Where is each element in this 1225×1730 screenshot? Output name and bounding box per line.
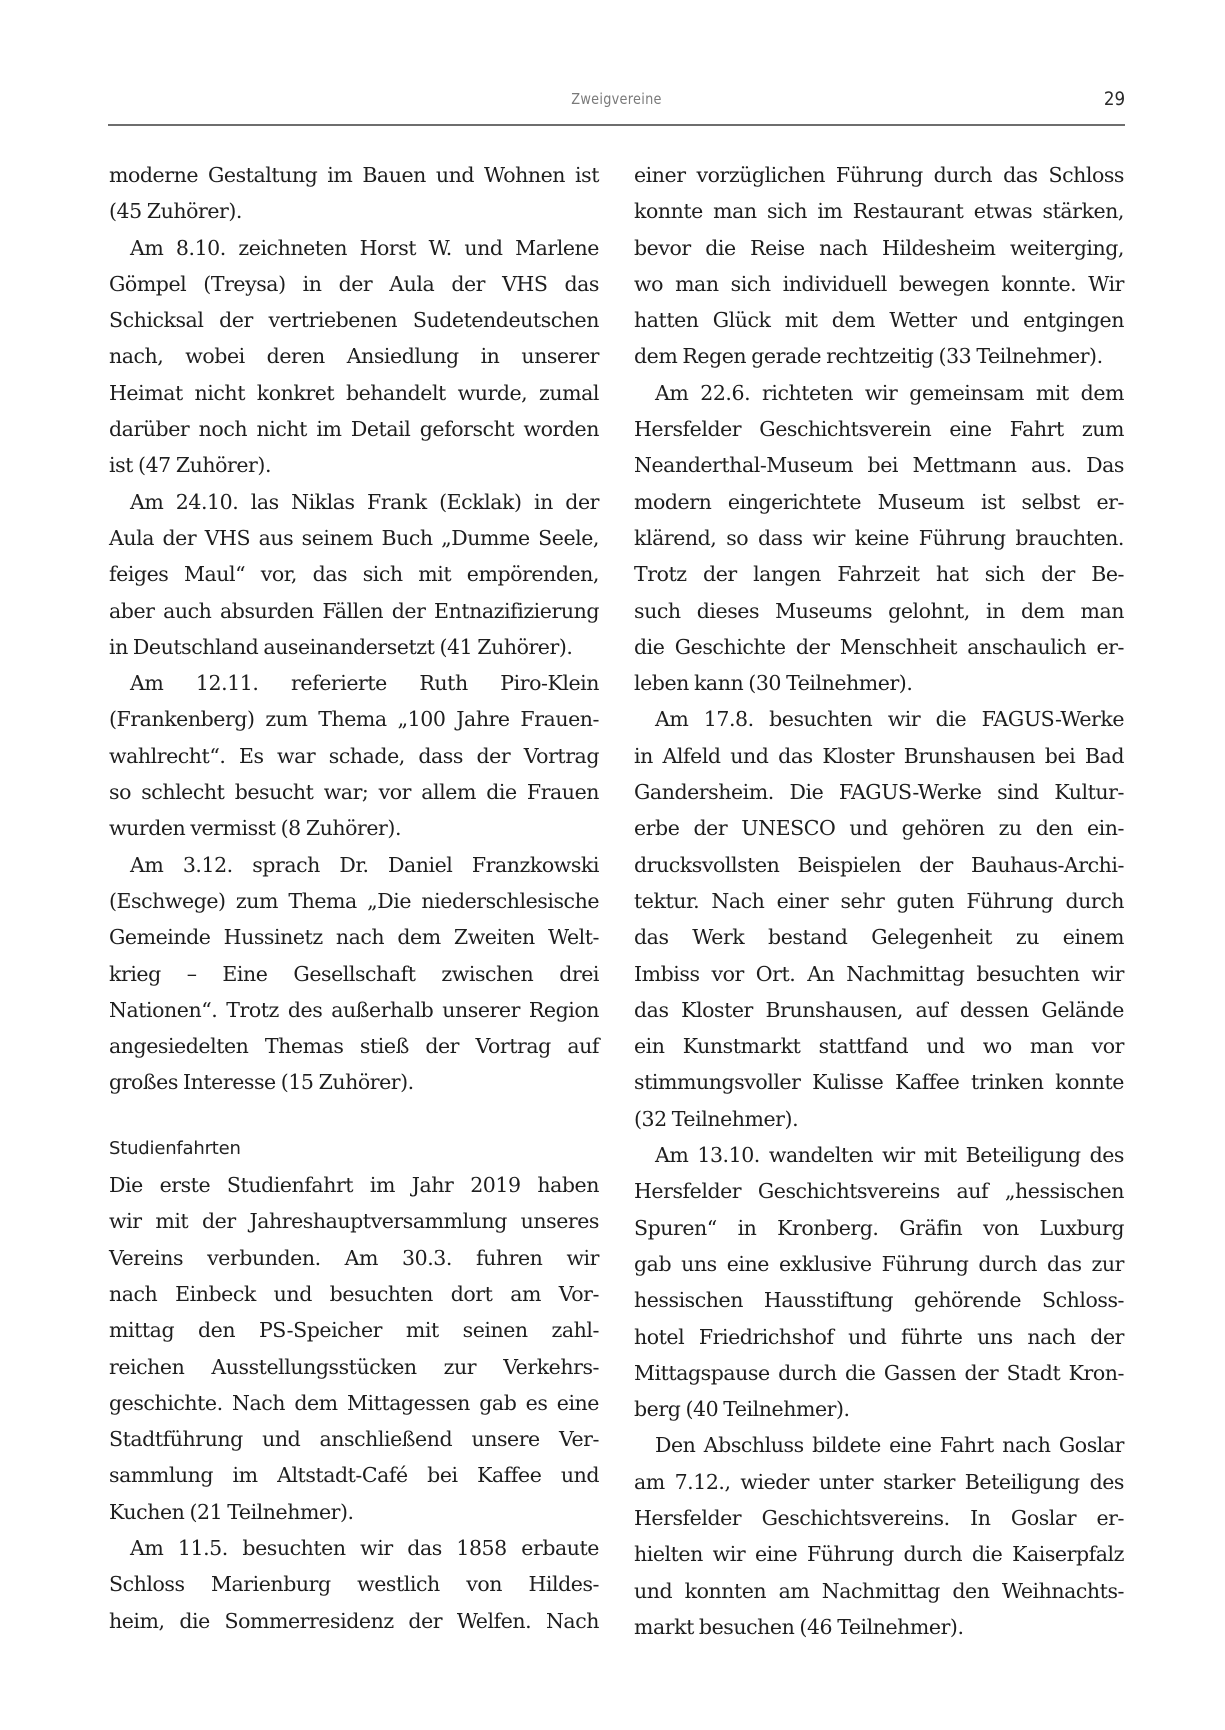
text-line: gab uns eine exklusive Führung durch das… bbox=[634, 1246, 1124, 1282]
running-title: Zweigvereine bbox=[179, 90, 1054, 108]
text-line: Aula der VHS aus seinem Buch „Dumme Seel… bbox=[109, 520, 599, 556]
text-line: angesiedelten Themas stieß der Vortrag a… bbox=[109, 1028, 599, 1064]
text-line: wurden vermisst (8 Zuhörer). bbox=[109, 810, 599, 846]
text-line: Am 24.10. las Niklas Frank (Ecklak) in d… bbox=[109, 484, 599, 520]
text-line: Spuren“ in Kronberg. Gräfin von Luxburg bbox=[634, 1210, 1124, 1246]
text-line: hessischen Hausstiftung gehörende Schlos… bbox=[634, 1282, 1124, 1318]
paragraph-trip-11-5-continued: einer vorzüglichen Führung durch das Sch… bbox=[634, 157, 1124, 375]
text-line: nach Einbeck und besuchten dort am Vor- bbox=[109, 1276, 599, 1312]
text-line: hielten wir eine Führung durch die Kaise… bbox=[634, 1536, 1124, 1572]
text-line: krieg – Eine Gesellschaft zwischen drei bbox=[109, 956, 599, 992]
paragraph-lecture-3-12: Am 3.12. sprach Dr. Daniel Franzkowski (… bbox=[109, 847, 599, 1101]
text-line: wir mit der Jahreshauptversammlung unser… bbox=[109, 1203, 599, 1239]
text-line: reichen Ausstellungsstücken zur Verkehrs… bbox=[109, 1349, 599, 1385]
text-line: (Frankenberg) zum Thema „100 Jahre Fraue… bbox=[109, 701, 599, 737]
text-line: Gemeinde Hussinetz nach dem Zweiten Welt… bbox=[109, 919, 599, 955]
section-heading: Studienfahrten bbox=[109, 1131, 599, 1167]
text-line: Trotz der langen Fahrzeit hat sich der B… bbox=[634, 556, 1124, 592]
text-line: klärend, so dass wir keine Führung brauc… bbox=[634, 520, 1124, 556]
text-line: bevor die Reise nach Hildesheim weitergi… bbox=[634, 230, 1124, 266]
paragraph-trip-17-8: Am 17.8. besuchten wir die FAGUS-Werke i… bbox=[634, 701, 1124, 1137]
text-line: das Werk bestand Gelegenheit zu einem bbox=[634, 919, 1124, 955]
paragraph-lecture-8-10: Am 8.10. zeichneten Horst W. und Marlene… bbox=[109, 230, 599, 484]
text-line: Am 11.5. besuchten wir das 1858 erbaute bbox=[109, 1530, 599, 1566]
text-line: Am 12.11. referierte Ruth Piro-Klein bbox=[109, 665, 599, 701]
paragraph-trip-22-6: Am 22.6. richteten wir gemeinsam mit dem… bbox=[634, 375, 1124, 702]
text-line: stimmungsvoller Kulisse Kaffee trinken k… bbox=[634, 1064, 1124, 1100]
text-line: (45 Zuhörer). bbox=[109, 193, 599, 229]
paragraph-lecture-12-11: Am 12.11. referierte Ruth Piro-Klein (Fr… bbox=[109, 665, 599, 846]
text-line: und konnten am Nachmittag den Weihnachts… bbox=[634, 1573, 1124, 1609]
text-line: in Alfeld und das Kloster Brunshausen be… bbox=[634, 738, 1124, 774]
text-line: Neanderthal-Museum bei Mettmann aus. Das bbox=[634, 447, 1124, 483]
paragraph-trip-11-5: Am 11.5. besuchten wir das 1858 erbaute … bbox=[109, 1530, 599, 1639]
right-column: einer vorzüglichen Führung durch das Sch… bbox=[634, 157, 1124, 1645]
text-line: (32 Teilnehmer). bbox=[634, 1101, 1124, 1137]
text-line: geschichte. Nach dem Mittagessen gab es … bbox=[109, 1385, 599, 1421]
text-line: hotel Friedrichshof und führte uns nach … bbox=[634, 1319, 1124, 1355]
text-line: mittag den PS-Speicher mit seinen zahl- bbox=[109, 1312, 599, 1348]
text-line: sammlung im Altstadt-Café bei Kaffee und bbox=[109, 1457, 599, 1493]
paragraph-lecture-24-10: Am 24.10. las Niklas Frank (Ecklak) in d… bbox=[109, 484, 599, 665]
paragraph-continued: moderne Gestaltung im Bauen und Wohnen i… bbox=[109, 157, 599, 230]
text-line: am 7.12., wieder unter starker Beteiligu… bbox=[634, 1464, 1124, 1500]
text-line: wahlrecht“. Es war schade, dass der Vort… bbox=[109, 738, 599, 774]
paragraph-trip-7-12: Den Abschluss bildete eine Fahrt nach Go… bbox=[634, 1427, 1124, 1645]
paragraph-trip-30-3: Die erste Studienfahrt im Jahr 2019 habe… bbox=[109, 1167, 599, 1530]
text-line: Am 3.12. sprach Dr. Daniel Franzkowski bbox=[109, 847, 599, 883]
text-line: Am 13.10. wandelten wir mit Beteiligung … bbox=[634, 1137, 1124, 1173]
text-line: hatten Glück mit dem Wetter und entginge… bbox=[634, 302, 1124, 338]
text-line: Mittagspause durch die Gassen der Stadt … bbox=[634, 1355, 1124, 1391]
text-line: Schicksal der vertriebenen Sudetendeutsc… bbox=[109, 302, 599, 338]
text-line: markt besuchen (46 Teilnehmer). bbox=[634, 1609, 1124, 1645]
text-line: Stadtführung und anschließend unsere Ver… bbox=[109, 1421, 599, 1457]
header-rule bbox=[108, 124, 1125, 126]
text-line: ist (47 Zuhörer). bbox=[109, 447, 599, 483]
text-line: Nationen“. Trotz des außerhalb unserer R… bbox=[109, 992, 599, 1028]
text-line: erbe der UNESCO und gehören zu den ein- bbox=[634, 810, 1124, 846]
page-number: 29 bbox=[1104, 88, 1125, 110]
section-spacer bbox=[109, 1101, 599, 1131]
text-line: Gandersheim. Die FAGUS-Werke sind Kultur… bbox=[634, 774, 1124, 810]
text-line: Schloss Marienburg westlich von Hildes- bbox=[109, 1566, 599, 1602]
text-line: Hersfelder Geschichtsvereins auf „hessis… bbox=[634, 1173, 1124, 1209]
text-line: konnte man sich im Restaurant etwas stär… bbox=[634, 193, 1124, 229]
text-line: in Deutschland auseinandersetzt (41 Zuhö… bbox=[109, 629, 599, 665]
text-line: moderne Gestaltung im Bauen und Wohnen i… bbox=[109, 157, 599, 193]
text-line: tektur. Nach einer sehr guten Führung du… bbox=[634, 883, 1124, 919]
text-line: Hersfelder Geschichtsvereins. In Goslar … bbox=[634, 1500, 1124, 1536]
text-line: feiges Maul“ vor, das sich mit empörende… bbox=[109, 556, 599, 592]
running-header: Zweigvereine 29 bbox=[108, 88, 1125, 116]
text-line: einer vorzüglichen Führung durch das Sch… bbox=[634, 157, 1124, 193]
text-line: das Kloster Brunshausen, auf dessen Gelä… bbox=[634, 992, 1124, 1028]
text-line: drucksvollsten Beispielen der Bauhaus-Ar… bbox=[634, 847, 1124, 883]
left-column: moderne Gestaltung im Bauen und Wohnen i… bbox=[109, 157, 599, 1639]
text-line: Heimat nicht konkret behandelt wurde, zu… bbox=[109, 375, 599, 411]
text-line: Am 17.8. besuchten wir die FAGUS-Werke bbox=[634, 701, 1124, 737]
text-line: großes Interesse (15 Zuhörer). bbox=[109, 1064, 599, 1100]
text-line: wo man sich individuell bewegen konnte. … bbox=[634, 266, 1124, 302]
text-line: nach, wobei deren Ansiedlung in unserer bbox=[109, 338, 599, 374]
text-line: such dieses Museums gelohnt, in dem man bbox=[634, 593, 1124, 629]
paragraph-trip-13-10: Am 13.10. wandelten wir mit Beteiligung … bbox=[634, 1137, 1124, 1427]
text-line: die Geschichte der Menschheit anschaulic… bbox=[634, 629, 1124, 665]
text-line: leben kann (30 Teilnehmer). bbox=[634, 665, 1124, 701]
text-line: ein Kunstmarkt stattfand und wo man vor bbox=[634, 1028, 1124, 1064]
text-line: Den Abschluss bildete eine Fahrt nach Go… bbox=[634, 1427, 1124, 1463]
text-line: Gömpel (Treysa) in der Aula der VHS das bbox=[109, 266, 599, 302]
text-line: darüber noch nicht im Detail geforscht w… bbox=[109, 411, 599, 447]
text-line: Am 22.6. richteten wir gemeinsam mit dem bbox=[634, 375, 1124, 411]
text-line: Die erste Studienfahrt im Jahr 2019 habe… bbox=[109, 1167, 599, 1203]
text-line: Hersfelder Geschichtsverein eine Fahrt z… bbox=[634, 411, 1124, 447]
text-line: Vereins verbunden. Am 30.3. fuhren wir bbox=[109, 1240, 599, 1276]
text-line: (Eschwege) zum Thema „Die niederschlesis… bbox=[109, 883, 599, 919]
text-line: modern eingerichtete Museum ist selbst e… bbox=[634, 484, 1124, 520]
text-line: Am 8.10. zeichneten Horst W. und Marlene bbox=[109, 230, 599, 266]
text-line: so schlecht besucht war; vor allem die F… bbox=[109, 774, 599, 810]
text-line: heim, die Sommerresidenz der Welfen. Nac… bbox=[109, 1603, 599, 1639]
text-line: Kuchen (21 Teilnehmer). bbox=[109, 1494, 599, 1530]
text-line: dem Regen gerade rechtzeitig (33 Teilneh… bbox=[634, 338, 1124, 374]
text-line: Imbiss vor Ort. An Nachmittag besuchten … bbox=[634, 956, 1124, 992]
text-line: aber auch absurden Fällen der Entnazifiz… bbox=[109, 593, 599, 629]
text-line: berg (40 Teilnehmer). bbox=[634, 1391, 1124, 1427]
